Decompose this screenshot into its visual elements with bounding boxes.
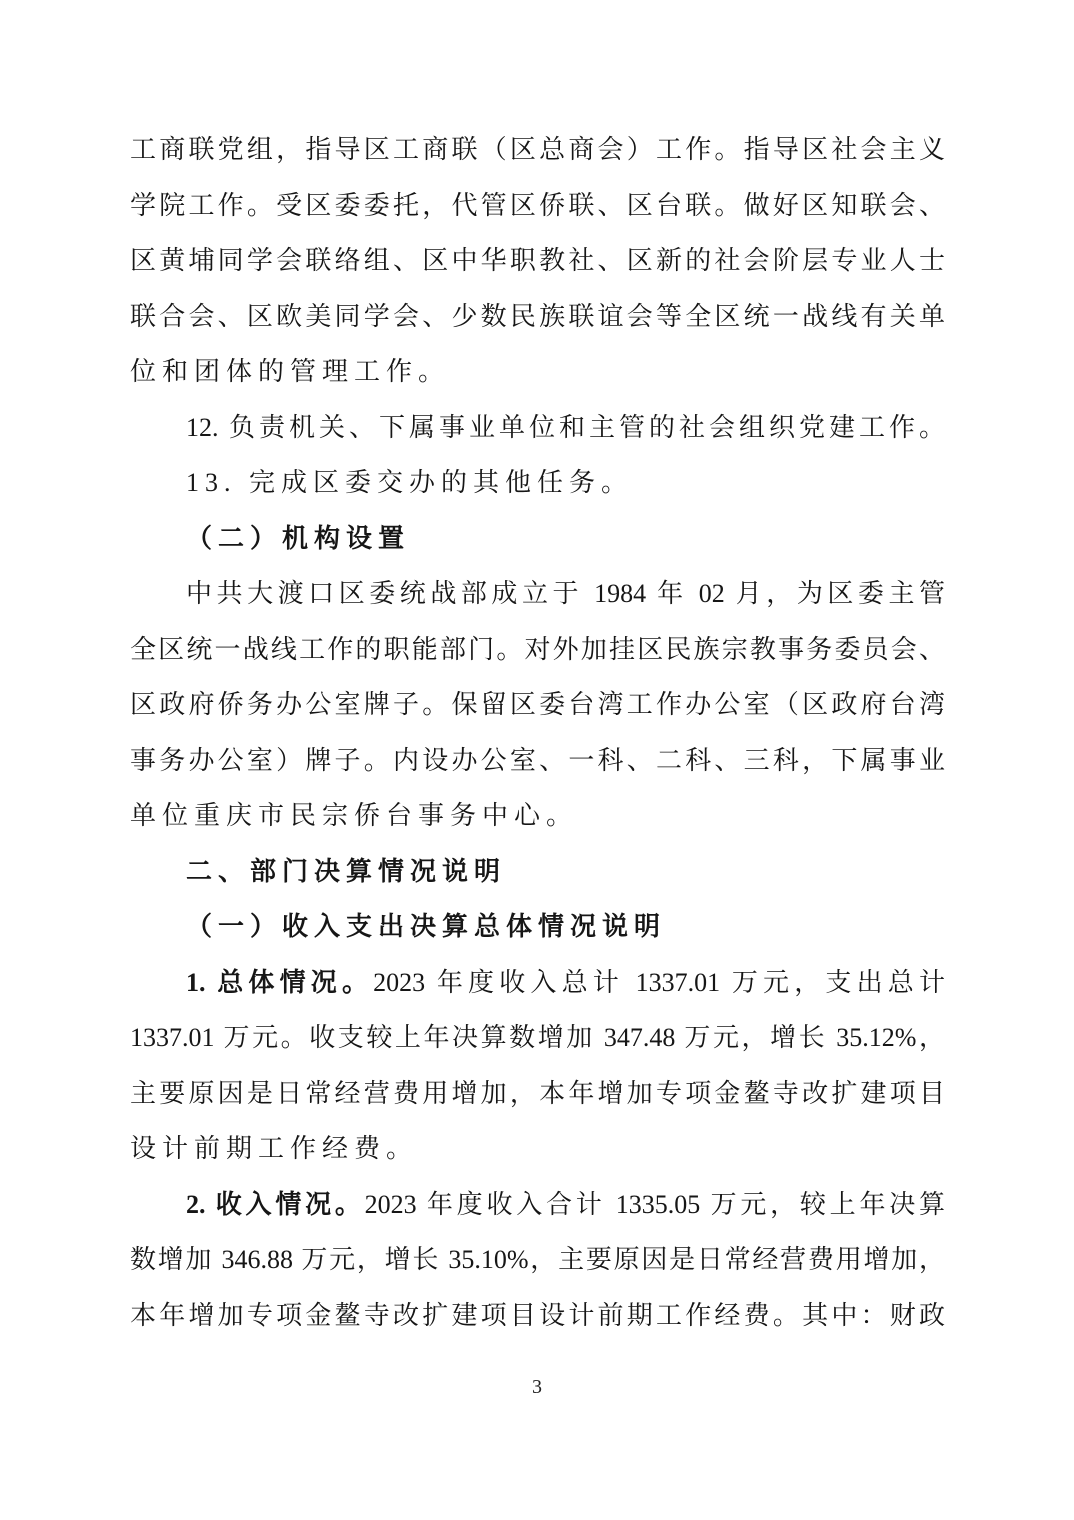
text-run-hei-bold: 二、部门决算情况说明: [186, 856, 506, 886]
text-run: 联合会、区欧美同学会、少数民族联谊会等全区统一战线有关单: [130, 302, 945, 331]
document-body: 工商联党组，指导区工商联（区总商会）工作。指导区社会主义学院工作。受区委委托，代…: [130, 122, 945, 1343]
text-run: 1337.01 万元。收支较上年决算数增加 347.48 万元，增长 35.12…: [130, 1023, 945, 1052]
para-duties-cont-line: 工商联党组，指导区工商联（区总商会）工作。指导区社会主义: [130, 122, 945, 178]
text-run: 2023 年度收入总计 1337.01 万元，支出总计: [373, 968, 945, 997]
para-overall-line: 主要原因是日常经营费用增加，本年增加专项金鳌寺改扩建项目: [130, 1066, 945, 1122]
text-run: 区黄埔同学会联络组、区中华职教社、区新的社会阶层专业人士: [130, 246, 945, 275]
para-duties-cont-line: 位和团体的管理工作。: [130, 344, 945, 400]
para-duty-12: 12. 负责机关、下属事业单位和主管的社会组织党建工作。: [130, 400, 945, 456]
text-run: 主要原因是日常经营费用增加，本年增加专项金鳌寺改扩建项目: [130, 1079, 945, 1108]
text-run: 本年增加专项金鳌寺改扩建项目设计前期工作经费。其中：财政: [130, 1301, 945, 1330]
text-run: 位和团体的管理工作。: [130, 357, 450, 386]
heading-org-structure: （二）机构设置: [130, 511, 945, 567]
text-run: 设计前期工作经费。: [130, 1134, 418, 1163]
text-run: 事务办公室）牌子。内设办公室、一科、二科、三科，下属事业: [130, 746, 945, 775]
text-run: 中共大渡口区委统战部成立于 1984 年 02 月，为区委主管: [186, 579, 945, 608]
text-run: 2023 年度收入合计 1335.05 万元，较上年决算: [365, 1190, 945, 1219]
text-run: 学院工作。受区委委托，代管区侨联、区台联。做好区知联会、: [130, 191, 945, 220]
para-duties-cont-line: 学院工作。受区委委托，代管区侨联、区台联。做好区知联会、: [130, 178, 945, 234]
text-run-kai-bold: （一）收入支出决算总体情况说明: [186, 912, 666, 941]
para-org-line: 事务办公室）牌子。内设办公室、一科、二科、三科，下属事业: [130, 733, 945, 789]
text-run: 13. 完成区委交办的其他任务。: [186, 468, 633, 497]
text-run: 单位重庆市民宗侨台事务中心。: [130, 801, 578, 830]
para-org-line: 全区统一战线工作的职能部门。对外加挂区民族宗教事务委员会、: [130, 622, 945, 678]
para-income-line: 数增加 346.88 万元，增长 35.10%，主要原因是日常经营费用增加，: [130, 1232, 945, 1288]
page-number: 3: [0, 1376, 1074, 1399]
para-duty-13: 13. 完成区委交办的其他任务。: [130, 455, 945, 511]
para-org-line: 中共大渡口区委统战部成立于 1984 年 02 月，为区委主管: [130, 566, 945, 622]
text-run: 全区统一战线工作的职能部门。对外加挂区民族宗教事务委员会、: [130, 635, 945, 664]
para-org-line: 区政府侨务办公室牌子。保留区委台湾工作办公室（区政府台湾: [130, 677, 945, 733]
para-duties-cont-line: 区黄埔同学会联络组、区中华职教社、区新的社会阶层专业人士: [130, 233, 945, 289]
para-overall-line: 1337.01 万元。收支较上年决算数增加 347.48 万元，增长 35.12…: [130, 1010, 945, 1066]
text-run: 区政府侨务办公室牌子。保留区委台湾工作办公室（区政府台湾: [130, 690, 945, 719]
text-run-kai-bold: （二）机构设置: [186, 524, 410, 553]
text-run: 12. 负责机关、下属事业单位和主管的社会组织党建工作。: [186, 413, 945, 442]
para-overall-line: 设计前期工作经费。: [130, 1121, 945, 1177]
text-run: 工商联党组，指导区工商联（区总商会）工作。指导区社会主义: [130, 135, 945, 164]
document-page: 工商联党组，指导区工商联（区总商会）工作。指导区社会主义学院工作。受区委委托，代…: [0, 0, 1074, 1520]
para-overall-line: 1. 总体情况。2023 年度收入总计 1337.01 万元，支出总计: [130, 955, 945, 1011]
para-org-line: 单位重庆市民宗侨台事务中心。: [130, 788, 945, 844]
heading-budget-overview: （一）收入支出决算总体情况说明: [130, 899, 945, 955]
text-run: 数增加 346.88 万元，增长 35.10%，主要原因是日常经营费用增加，: [130, 1245, 945, 1274]
text-run-kai-bold: 2. 收入情况。: [186, 1190, 365, 1219]
para-income-line: 本年增加专项金鳌寺改扩建项目设计前期工作经费。其中：财政: [130, 1288, 945, 1344]
para-income-line: 2. 收入情况。2023 年度收入合计 1335.05 万元，较上年决算: [130, 1177, 945, 1233]
para-duties-cont-line: 联合会、区欧美同学会、少数民族联谊会等全区统一战线有关单: [130, 289, 945, 345]
text-run-kai-bold: 1. 总体情况。: [186, 968, 373, 997]
heading-budget-section: 二、部门决算情况说明: [130, 844, 945, 900]
